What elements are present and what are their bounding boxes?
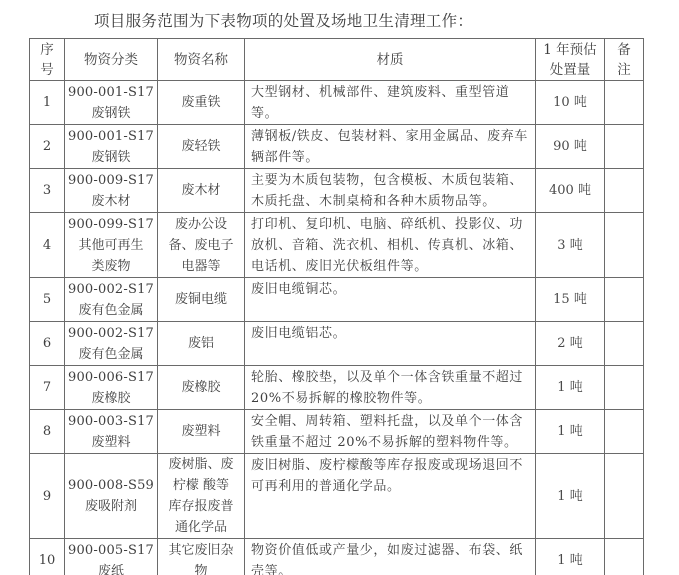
cell-no: 3 [30, 169, 65, 213]
cell-material: 安全帽、周转箱、塑料托盘，以及单个一体含铁重量不超过 20%不易拆解的塑料物件等… [245, 410, 536, 454]
cell-name: 废橡胶 [158, 366, 245, 410]
cell-remark [605, 213, 644, 278]
name-line: 废树脂、废 [158, 454, 244, 475]
cell-material: 轮胎、橡胶垫，以及单个一体含铁重量不超过20%不易拆解的橡胶物件等。 [245, 366, 536, 410]
category-code: 900-099-S17 [65, 214, 157, 235]
cell-name: 废轻铁 [158, 125, 245, 169]
cell-quantity: 1 吨 [536, 366, 605, 410]
cell-name: 废铜电缆 [158, 278, 245, 322]
cell-category: 900-003-S17 废塑料 [65, 410, 158, 454]
cell-material: 主要为木质包装物，包含模板、木质包装箱、木质托盘、木制桌椅和各种木质物品等。 [245, 169, 536, 213]
cell-no: 6 [30, 322, 65, 366]
name-line: 物 [158, 561, 244, 575]
cell-material: 薄钢板/铁皮、包装材料、家用金属品、废弃车辆部件等。 [245, 125, 536, 169]
category-label: 废钢铁 [65, 103, 157, 124]
name-line: 库存报废普 [158, 496, 244, 517]
category-label: 类废物 [65, 256, 157, 277]
name-line: 通化学品 [158, 517, 244, 538]
cell-name: 废办公设 备、废电子 电器等 [158, 213, 245, 278]
header-remark-line1: 备 [605, 40, 643, 60]
cell-no: 10 [30, 539, 65, 575]
cell-category: 900-002-S17 废有色金属 [65, 278, 158, 322]
header-remark-line2: 注 [605, 60, 643, 80]
cell-name: 废铝 [158, 322, 245, 366]
cell-name: 废重铁 [158, 81, 245, 125]
header-annual-quantity: 1 年预估 处置量 [536, 39, 605, 81]
cell-name: 废塑料 [158, 410, 245, 454]
table-row: 10 900-005-S17 废纸 其它废旧杂 物 物资价值低或产量少，如废过滤… [30, 539, 644, 575]
cell-category: 900-009-S17 废木材 [65, 169, 158, 213]
header-category: 物资分类 [65, 39, 158, 81]
cell-category: 900-008-S59 废吸附剂 [65, 454, 158, 539]
name-line: 废铝 [158, 333, 244, 354]
intro-text: 项目服务范围为下表物项的处置及场地卫生清理工作： [94, 9, 473, 31]
category-code: 900-001-S17 [65, 82, 157, 103]
category-label: 废木材 [65, 191, 157, 212]
category-label: 废吸附剂 [65, 496, 157, 517]
category-code: 900-002-S17 [65, 323, 157, 344]
cell-quantity: 3 吨 [536, 213, 605, 278]
category-code: 900-002-S17 [65, 279, 157, 300]
category-code: 900-008-S59 [65, 475, 157, 496]
table-row: 1 900-001-S17 废钢铁 废重铁 大型钢材、机械部件、建筑废料、重型管… [30, 81, 644, 125]
name-line: 备、废电子 [158, 235, 244, 256]
category-label: 废橡胶 [65, 388, 157, 409]
cell-material: 大型钢材、机械部件、建筑废料、重型管道等。 [245, 81, 536, 125]
cell-quantity: 1 吨 [536, 539, 605, 575]
name-line: 废重铁 [158, 92, 244, 113]
header-serial-no-line2: 号 [30, 60, 64, 80]
cell-category: 900-001-S17 废钢铁 [65, 81, 158, 125]
cell-material: 废旧电缆铝芯。 [245, 322, 536, 366]
header-serial-no: 序 号 [30, 39, 65, 81]
table-row: 5 900-002-S17 废有色金属 废铜电缆 废旧电缆铜芯。 15 吨 [30, 278, 644, 322]
cell-category: 900-001-S17 废钢铁 [65, 125, 158, 169]
cell-no: 1 [30, 81, 65, 125]
table-row: 4 900-099-S17 其他可再生 类废物 废办公设 备、废电子 电器等 打… [30, 213, 644, 278]
cell-no: 8 [30, 410, 65, 454]
cell-quantity: 2 吨 [536, 322, 605, 366]
header-qty-line1: 1 年预估 [536, 40, 604, 60]
cell-quantity: 90 吨 [536, 125, 605, 169]
cell-category: 900-099-S17 其他可再生 类废物 [65, 213, 158, 278]
name-line: 废办公设 [158, 214, 244, 235]
waste-items-table: 序 号 物资分类 物资名称 材质 1 年预估 处置量 备 注 1 900-001… [29, 38, 644, 575]
cell-remark [605, 322, 644, 366]
cell-material: 物资价值低或产量少，如废过滤器、布袋、纸壳等。 [245, 539, 536, 575]
cell-name: 其它废旧杂 物 [158, 539, 245, 575]
table-row: 3 900-009-S17 废木材 废木材 主要为木质包装物，包含模板、木质包装… [30, 169, 644, 213]
category-code: 900-005-S17 [65, 540, 157, 561]
table-row: 6 900-002-S17 废有色金属 废铝 废旧电缆铝芯。 2 吨 [30, 322, 644, 366]
category-label: 废纸 [65, 561, 157, 575]
header-qty-line2: 处置量 [536, 60, 604, 80]
cell-remark [605, 278, 644, 322]
cell-quantity: 1 吨 [536, 410, 605, 454]
cell-no: 5 [30, 278, 65, 322]
category-code: 900-009-S17 [65, 170, 157, 191]
cell-category: 900-005-S17 废纸 [65, 539, 158, 575]
cell-remark [605, 410, 644, 454]
header-serial-no-line1: 序 [30, 40, 64, 60]
category-label: 废钢铁 [65, 147, 157, 168]
cell-name: 废木材 [158, 169, 245, 213]
cell-quantity: 10 吨 [536, 81, 605, 125]
name-line: 电器等 [158, 256, 244, 277]
cell-material: 废旧树脂、废柠檬酸等库存报废或现场退回不可再利用的普通化学品。 [245, 454, 536, 539]
name-line: 废塑料 [158, 421, 244, 442]
category-code: 900-001-S17 [65, 126, 157, 147]
table-row: 9 900-008-S59 废吸附剂 废树脂、废 柠檬 酸等 库存报废普 通化学… [30, 454, 644, 539]
cell-category: 900-006-S17 废橡胶 [65, 366, 158, 410]
name-line: 废轻铁 [158, 136, 244, 157]
category-code: 900-003-S17 [65, 411, 157, 432]
category-label: 废有色金属 [65, 344, 157, 365]
cell-remark [605, 366, 644, 410]
category-code: 900-006-S17 [65, 367, 157, 388]
name-line: 废木材 [158, 180, 244, 201]
cell-material: 废旧电缆铜芯。 [245, 278, 536, 322]
cell-no: 4 [30, 213, 65, 278]
cell-remark [605, 81, 644, 125]
cell-remark [605, 169, 644, 213]
table-row: 2 900-001-S17 废钢铁 废轻铁 薄钢板/铁皮、包装材料、家用金属品、… [30, 125, 644, 169]
cell-no: 7 [30, 366, 65, 410]
cell-material: 打印机、复印机、电脑、碎纸机、投影仪、功放机、音箱、洗衣机、相机、传真机、冰箱、… [245, 213, 536, 278]
table-row: 8 900-003-S17 废塑料 废塑料 安全帽、周转箱、塑料托盘，以及单个一… [30, 410, 644, 454]
cell-no: 9 [30, 454, 65, 539]
cell-quantity: 400 吨 [536, 169, 605, 213]
cell-name: 废树脂、废 柠檬 酸等 库存报废普 通化学品 [158, 454, 245, 539]
table-row: 7 900-006-S17 废橡胶 废橡胶 轮胎、橡胶垫，以及单个一体含铁重量不… [30, 366, 644, 410]
cell-no: 2 [30, 125, 65, 169]
cell-remark [605, 539, 644, 575]
name-line: 废铜电缆 [158, 289, 244, 310]
table-header-row: 序 号 物资分类 物资名称 材质 1 年预估 处置量 备 注 [30, 39, 644, 81]
cell-quantity: 1 吨 [536, 454, 605, 539]
cell-remark [605, 125, 644, 169]
category-label: 废塑料 [65, 432, 157, 453]
name-line: 废橡胶 [158, 377, 244, 398]
name-line: 柠檬 酸等 [158, 475, 244, 496]
name-line: 其它废旧杂 [158, 540, 244, 561]
cell-remark [605, 454, 644, 539]
header-material: 材质 [245, 39, 536, 81]
cell-quantity: 15 吨 [536, 278, 605, 322]
header-remark: 备 注 [605, 39, 644, 81]
cell-category: 900-002-S17 废有色金属 [65, 322, 158, 366]
header-name: 物资名称 [158, 39, 245, 81]
category-label: 其他可再生 [65, 235, 157, 256]
category-label: 废有色金属 [65, 300, 157, 321]
